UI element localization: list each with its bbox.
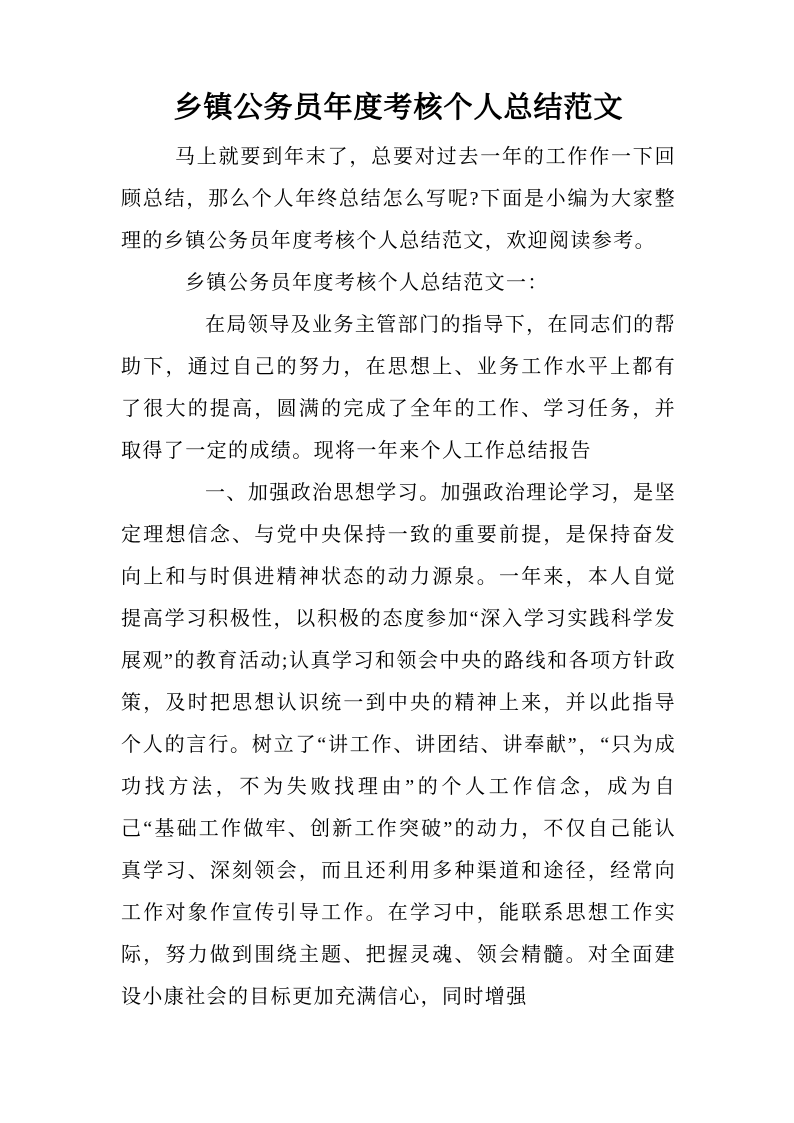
paragraph: 在局领导及业务主管部门的指导下，在同志们的帮助下，通过自己的努力，在思想上、业务… — [121, 304, 676, 472]
document-title: 乡镇公务员年度考核个人总结范文 — [121, 88, 676, 128]
paragraph: 一、加强政治思想学习。加强政治理论学习，是坚定理想信念、与党中央保持一致的重要前… — [121, 472, 676, 1018]
document-page: 乡镇公务员年度考核个人总结范文 马上就要到年末了，总要对过去一年的工作作一下回顾… — [0, 0, 794, 1123]
paragraph: 马上就要到年末了，总要对过去一年的工作作一下回顾总结，那么个人年终总结怎么写呢?… — [121, 136, 676, 262]
document-body: 马上就要到年末了，总要对过去一年的工作作一下回顾总结，那么个人年终总结怎么写呢?… — [121, 136, 676, 1018]
paragraph: 乡镇公务员年度考核个人总结范文一： — [121, 262, 676, 304]
